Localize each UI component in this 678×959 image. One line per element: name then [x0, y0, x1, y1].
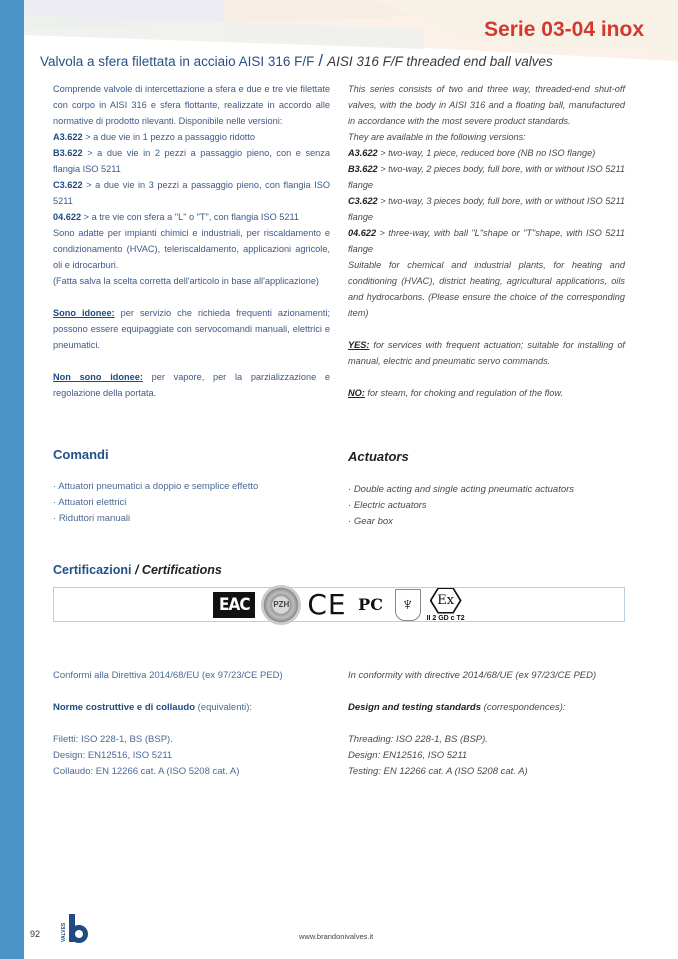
- subtitle-separator: /: [318, 51, 323, 70]
- standard-line: Filetti: ISO 228-1, BS (BSP).: [53, 732, 283, 748]
- pzh-seal-icon: PZH: [261, 585, 301, 625]
- page-subtitle: Valvola a sfera filettata in acciaio AIS…: [40, 51, 553, 71]
- standards-heading: Design and testing standards (correspond…: [348, 700, 596, 716]
- subtitle-en: AISI 316 F/F threaded end ball valves: [327, 54, 553, 69]
- pct-mark-icon: PC: [353, 593, 389, 617]
- atex-classification: II 2 GD c T2: [427, 615, 465, 622]
- actuators-heading-en: Actuators: [348, 449, 409, 464]
- description-en: This series consists of two and three wa…: [348, 81, 625, 401]
- list-item: Riduttori manuali: [53, 511, 258, 527]
- certifications-box: EAC PZH CE PC ♆ Ex II 2 GD c T2: [53, 587, 625, 622]
- version-item: B3.622 > a due vie in 2 pezzi a passaggi…: [53, 145, 330, 177]
- standard-line: Design: EN12516, ISO 5211: [348, 748, 596, 764]
- list-item: Gear box: [348, 514, 574, 530]
- suitable-paragraph: Sono idonee: per servizio che richieda f…: [53, 305, 330, 353]
- series-title: Serie 03-04 inox: [484, 18, 644, 42]
- actuators-list-it: Attuatori pneumatici a doppio e semplice…: [53, 479, 258, 527]
- directive-text: In conformity with directive 2014/68/UE …: [348, 668, 596, 684]
- version-item: C3.622 > a due vie in 3 pezzi a passaggi…: [53, 177, 330, 209]
- brandoni-logo-icon: VALVES: [60, 912, 90, 944]
- standards-heading: Norme costruttive e di collaudo (equival…: [53, 700, 283, 716]
- not-suitable-paragraph: NO: for steam, for choking and regulatio…: [348, 385, 625, 401]
- applications-paragraph: Sono adatte per impianti chimici e indus…: [53, 225, 330, 273]
- list-item: Electric actuators: [348, 498, 574, 514]
- certifications-heading: Certificazioni / Certifications: [53, 563, 222, 577]
- website-url: www.brandonivalves.it: [299, 932, 373, 941]
- version-item: A3.622 > a due vie in 1 pezzo a passaggi…: [53, 129, 330, 145]
- ce-mark-icon: CE: [307, 588, 346, 621]
- actuators-list-en: Double acting and single acting pneumati…: [348, 482, 574, 530]
- description-it: Comprende valvole di intercettazione a s…: [53, 81, 330, 401]
- page-number: 92: [30, 929, 40, 939]
- actuators-heading-it: Comandi: [53, 447, 109, 462]
- ukraine-trident-icon: ♆: [395, 589, 421, 621]
- directive-text: Conformi alla Direttiva 2014/68/EU (ex 9…: [53, 668, 283, 684]
- versions-intro: They are available in the following vers…: [348, 129, 625, 145]
- standard-line: Collaudo: EN 12266 cat. A (ISO 5208 cat.…: [53, 764, 283, 780]
- standard-line: Threading: ISO 228-1, BS (BSP).: [348, 732, 596, 748]
- svg-text:VALVES: VALVES: [61, 922, 67, 942]
- standards-it: Conformi alla Direttiva 2014/68/EU (ex 9…: [53, 668, 283, 780]
- applications-paragraph: Suitable for chemical and industrial pla…: [348, 257, 625, 321]
- standard-line: Design: EN12516, ISO 5211: [53, 748, 283, 764]
- intro-paragraph: Comprende valvole di intercettazione a s…: [53, 81, 330, 129]
- subtitle-it: Valvola a sfera filettata in acciaio AIS…: [40, 54, 314, 69]
- standard-line: Testing: EN 12266 cat. A (ISO 5208 cat. …: [348, 764, 596, 780]
- eac-mark-icon: EAC: [213, 592, 255, 618]
- version-item: C3.622 > two-way, 3 pieces body, full bo…: [348, 193, 625, 225]
- version-item: B3.622 > two-way, 2 pieces body, full bo…: [348, 161, 625, 193]
- not-suitable-paragraph: Non sono idonee: per vapore, per la parz…: [53, 369, 330, 401]
- list-item: Attuatori elettrici: [53, 495, 258, 511]
- suitable-paragraph: YES: for services with frequent actuatio…: [348, 337, 625, 369]
- version-item: 04.622 > a tre vie con sfera a "L" o "T"…: [53, 209, 330, 225]
- list-item: Double acting and single acting pneumati…: [348, 482, 574, 498]
- standards-en: In conformity with directive 2014/68/UE …: [348, 668, 596, 780]
- atex-ex-icon: Ex II 2 GD c T2: [427, 588, 465, 622]
- intro-paragraph: This series consists of two and three wa…: [348, 81, 625, 129]
- version-item: 04.622 > three-way, with ball "L"shape o…: [348, 225, 625, 257]
- version-item: A3.622 > two-way, 1 piece, reduced bore …: [348, 145, 625, 161]
- list-item: Attuatori pneumatici a doppio e semplice…: [53, 479, 258, 495]
- note-paragraph: (Fatta salva la scelta corretta dell'art…: [53, 273, 330, 289]
- side-color-bar: [0, 0, 24, 959]
